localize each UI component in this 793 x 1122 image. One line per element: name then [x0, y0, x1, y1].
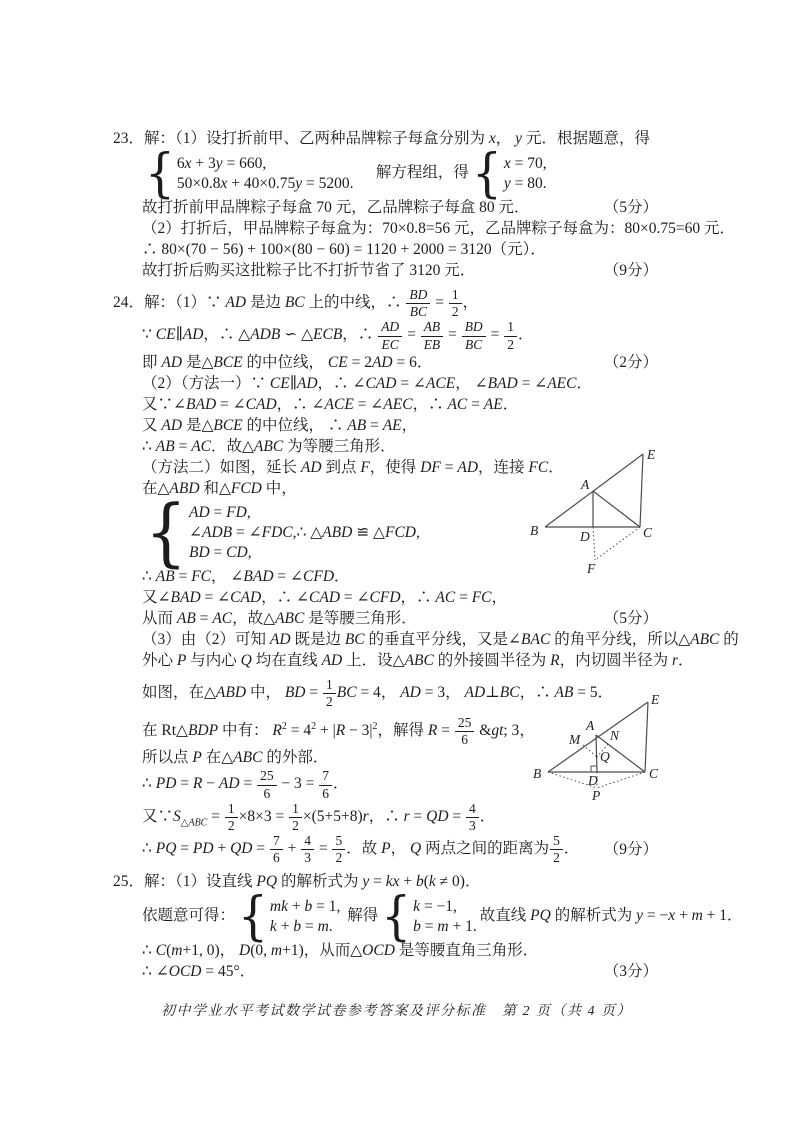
text-segment: ∽ △ [280, 327, 313, 344]
system-equation: ∠ADB = ∠FDC,∴ △ABD ≌ △FCD, [189, 523, 420, 543]
text-segment: ． [417, 354, 433, 371]
text-segment: 的中位线， ∴ [243, 417, 348, 434]
text-line: {6x + 3y = 660,50×0.8x + 40×0.75y = 5200… [113, 150, 658, 197]
math-segment: F [360, 459, 369, 476]
text-segment: ，∴ [369, 808, 404, 825]
math-segment: = [444, 327, 461, 344]
math-segment: AB = AE [347, 417, 401, 434]
text-segment: 从而 [142, 610, 177, 627]
text-segment: ，内切圆半径为 [560, 652, 672, 669]
figure-label: M [568, 732, 581, 747]
triangle-diagram-2: EAMNQBDCP [523, 688, 668, 806]
math-segment: BC [285, 294, 305, 311]
text-segment: （3）由（2）可知 [142, 631, 270, 648]
text-segment: ∴ [142, 963, 156, 980]
text-segment: ． [334, 568, 350, 585]
text-segment: 的外接圆半径为 [434, 652, 550, 669]
text-segment: 两点之间的距离为 [421, 840, 549, 857]
math-segment: 80×0.75=60 [625, 220, 701, 237]
fraction: 12 [503, 320, 518, 351]
text-segment: 均在直线 [252, 652, 322, 669]
math-segment: BC [345, 631, 365, 648]
math-segment: ∠BAD = ∠CAD [173, 396, 277, 413]
math-segment: Q [241, 652, 252, 669]
text-segment: 即 [142, 354, 161, 371]
fraction: 52 [331, 834, 346, 865]
text-segment: ∴ [142, 568, 156, 585]
math-segment: ABC [254, 438, 283, 455]
triangle-diagram-1: EABDCF [530, 445, 670, 580]
math-segment: ∠ACE = ∠AEC [312, 396, 413, 413]
text-segment: 在 Rt△ [142, 722, 188, 739]
math-segment: P [381, 840, 390, 857]
fraction: ADEC [377, 320, 403, 351]
text-line: 又∵S△ABC = 12×8×3 = 12×(5+5+8)r，∴ r = QD … [113, 802, 658, 833]
math-segment: ADB [250, 327, 280, 344]
text-segment: ． [480, 808, 496, 825]
math-segment: D(0, m+1) [239, 942, 304, 959]
text-segment: 元．根据题意，得 [522, 130, 650, 147]
text-segment: ．故 [346, 840, 381, 857]
text-segment: 的外部． [262, 749, 328, 766]
math-segment: AD [225, 294, 246, 311]
text-segment: 既是边 [291, 631, 345, 648]
text-line: ∴ ∠OCD = 45°．（3分） [113, 962, 658, 982]
math-segment: CE∥AD [270, 375, 318, 392]
exam-answer-page: 23．解：（1）设打折前甲、乙两种品牌粽子每盒分别为 x， y 元．根据题意，得… [0, 0, 793, 1122]
text-segment: 上的中线，∴ [305, 294, 406, 311]
math-segment: PD = R − AD = [156, 776, 256, 793]
text-segment: ． [564, 840, 580, 857]
math-segment: R [550, 652, 559, 669]
text-line: （3）由（2）可知 AD 既是边 BC 的垂直平分线，又是∠BAC 的角平分线，… [113, 630, 658, 650]
text-segment: ， [402, 417, 418, 434]
fraction: 256 [454, 716, 476, 747]
math-segment: BCE [213, 354, 242, 371]
score-badge: （9分） [604, 261, 658, 281]
figure-label: B [530, 523, 538, 538]
math-segment: AD [161, 354, 182, 371]
math-segment: y = −x + m + 1 [636, 907, 727, 924]
figure-dotted-edge [597, 772, 645, 788]
math-segment: AD [301, 459, 322, 476]
text-segment: （元）． [492, 241, 546, 258]
equation-system: {6x + 3y = 660,50×0.8x + 40×0.75y = 5200… [145, 150, 354, 197]
math-segment: ∠CAD = ∠ACE [352, 375, 455, 392]
math-segment: AD⊥BC [465, 684, 520, 701]
text-line: 23．解：（1）设打折前甲、乙两种品牌粽子每盒分别为 x， y 元．根据题意，得 [113, 129, 658, 149]
text-segment: 外心 [142, 652, 177, 669]
system-equation: mk + b = 1, [270, 897, 340, 917]
text-segment: （2）打折后，甲品牌粽子每盒为： [142, 220, 382, 237]
text-line: 又 AD 是△BCE 的中位线， ∴ AB = AE， [113, 416, 658, 436]
text-line: 24．解：（1）∵ AD 是边 BC 上的中线，∴ BDBC = 12， [113, 288, 658, 319]
fraction: BDBC [405, 288, 431, 319]
text-line: ∴ PQ = PD + QD = 76 + 43 = 52．故 P， Q 两点之… [113, 834, 658, 865]
math-segment: ×(5+5+8)r [303, 808, 369, 825]
fraction: 76 [269, 834, 284, 865]
fraction: 12 [448, 288, 463, 319]
math-segment: C(m+1, 0) [156, 942, 220, 959]
text-segment: 又 [142, 417, 161, 434]
text-segment: 的解析式为 [551, 907, 636, 924]
text-segment: 中有： [218, 722, 272, 739]
text-segment: 解得 [343, 907, 378, 924]
text-line: （2）打折后，甲品牌粽子每盒为：70×0.8=56 元，乙品牌粽子每盒为：80×… [113, 219, 658, 239]
fraction: 12 [224, 802, 239, 833]
text-segment: ∴ [142, 840, 156, 857]
left-brace: { [472, 147, 502, 200]
text-segment: 是△ [182, 417, 213, 434]
math-segment: y = kx + b(k ≠ 0) [362, 873, 465, 890]
score-badge: （5分） [604, 609, 658, 629]
text-segment: ． [465, 873, 481, 890]
text-segment: ∴ [142, 942, 156, 959]
math-segment: AD = 3 [400, 684, 445, 701]
text-segment: ． [727, 907, 743, 924]
math-segment: ∠BAD = ∠AEC [475, 375, 577, 392]
text-segment: 又 [142, 589, 158, 606]
fraction: 43 [465, 802, 480, 833]
text-segment: 在△ [202, 749, 233, 766]
text-line: 即 AD 是△BCE 的中位线， CE = 2AD = 6．（2分） [113, 353, 658, 373]
math-segment: OCD [362, 942, 395, 959]
figure-edge [640, 454, 643, 527]
math-segment: &gt; 3 [475, 722, 519, 739]
text-segment: ，∴ △ [203, 327, 250, 344]
text-line: 外心 P 与内心 Q 均在直线 AD 上．设△ABC 的外接圆半径为 R，内切圆… [113, 651, 658, 671]
figure-triangle-bcef: EABDCF [530, 445, 670, 580]
text-segment: ， [492, 589, 508, 606]
math-segment: = 4 [287, 722, 311, 739]
equation-system: {x = 70,y = 80. [472, 150, 547, 197]
math-segment: ∠BAD = ∠CFD [230, 568, 334, 585]
system-equation: AD = FD, [189, 503, 420, 523]
text-segment: ，连接 [478, 459, 528, 476]
text-segment: ． [503, 396, 519, 413]
math-segment: = [487, 327, 504, 344]
math-segment: ∠CAD = ∠CFD [296, 589, 400, 606]
text-segment: ， [391, 840, 410, 857]
fraction: 76 [318, 769, 333, 800]
text-line: ∵ CE∥AD，∴ △ADB ∽ △ECB，∴ ADEC = ABEB = BD… [113, 320, 658, 351]
text-segment: 的角平分线，所以△ [550, 631, 690, 648]
text-segment: ，∴ [277, 396, 312, 413]
math-segment: ×8×3 = [239, 808, 288, 825]
math-segment: P [177, 652, 186, 669]
figure-label: A [585, 718, 595, 733]
text-segment: ， [455, 375, 474, 392]
text-segment: ∵ [142, 327, 156, 344]
text-segment: 故打折前甲品牌粽子每盒 70 元，乙品牌粽子每盒 80 元． [142, 199, 530, 216]
text-segment: 的解析式为 [277, 873, 362, 890]
math-segment: AB = FC [156, 568, 211, 585]
figure-label: F [586, 561, 596, 576]
text-segment: ，∴ [318, 375, 353, 392]
text-segment: ． [577, 375, 593, 392]
math-segment: P [192, 749, 201, 766]
right-angle-mark [591, 766, 597, 772]
text-line: ∴ C(m+1, 0)， D(0, m+1)，从而△OCD 是等腰直角三角形． [113, 941, 658, 961]
system-equation: k = −1, [413, 897, 477, 917]
text-segment: ， [211, 568, 230, 585]
left-brace: { [145, 496, 187, 570]
math-segment: Q [410, 840, 421, 857]
math-segment: BD = [285, 684, 322, 701]
fraction: 12 [322, 678, 337, 709]
math-segment: CE = 2AD = 6 [328, 354, 417, 371]
text-segment: 为等腰三角形． [283, 438, 395, 455]
text-segment: 是等腰直角三角形． [395, 942, 538, 959]
math-segment: R = [428, 722, 454, 739]
text-line: 故打折后购买这批粽子比不打折节省了 3120 元．（9分） [113, 261, 658, 281]
math-segment: AD [322, 652, 343, 669]
text-segment: 又∵ [142, 396, 173, 413]
equation-system: {AD = FD,∠ADB = ∠FDC,∴ △ABD ≌ △FCD,BD = … [145, 500, 420, 566]
math-segment: 70×0.8=56 [382, 220, 450, 237]
math-segment: ∴ 80×(70 − 56) + 100×(80 − 60) = 1120 + … [142, 241, 492, 258]
text-segment: 的垂直平分线，又是 [365, 631, 508, 648]
figure-label: E [646, 447, 656, 462]
math-segment: ∠BAC [508, 631, 550, 648]
math-segment: AD [161, 417, 182, 434]
math-segment: − 3 = [278, 776, 319, 793]
system-equation: k + b = m. [270, 917, 340, 937]
figure-dotted-edge [583, 745, 597, 757]
math-segment: DF = AD [420, 459, 478, 476]
fraction: 52 [549, 834, 564, 865]
text-segment: 是△ [182, 354, 213, 371]
text-segment: 是边 [246, 294, 285, 311]
math-segment: ABC [233, 749, 262, 766]
math-segment: ∠BAD = ∠CAD [158, 589, 262, 606]
math-segment: FCD [231, 480, 262, 497]
text-segment: ．故△ [211, 438, 254, 455]
math-segment: = [315, 840, 332, 857]
math-segment: BDP [188, 722, 218, 739]
text-segment: ，∴ [413, 396, 448, 413]
fraction: ABEB [420, 320, 445, 351]
left-brace: { [238, 891, 268, 944]
text-segment: ，∴ [261, 589, 296, 606]
text-segment: 24．解：（1）∵ [113, 294, 225, 311]
text-segment: ，∴ [401, 589, 436, 606]
score-badge: （9分） [604, 840, 658, 860]
figure-label: D [579, 529, 590, 544]
figure-edge [545, 454, 643, 527]
math-segment: = [431, 294, 448, 311]
text-segment: ， [445, 684, 464, 701]
text-line: 依题意可得：{mk + b = 1,k + b = m. 解得{k = −1,b… [113, 893, 658, 940]
figure-label: P [591, 788, 600, 803]
math-segment: BC = 4 [337, 684, 381, 701]
text-segment: ，∴ [342, 327, 377, 344]
text-segment: 故直线 [480, 907, 530, 924]
left-brace: { [145, 147, 175, 200]
page-footer: 初中学业水平考试数学试卷参考答案及评分标准 第 2 页（共 4 页） [0, 1000, 793, 1020]
text-segment: ∴ [142, 438, 156, 455]
text-line: ∴ 80×(70 − 56) + 100×(80 − 60) = 1120 + … [113, 240, 658, 260]
figure-label: B [533, 766, 541, 781]
text-segment: 的中位线， [243, 354, 328, 371]
math-segment: ABC [275, 610, 304, 627]
text-segment: 解方程组，得 [357, 164, 469, 181]
figure-label: A [580, 477, 590, 492]
math-segment: + |R − 3| [316, 722, 372, 739]
math-segment: AB = AC [156, 438, 211, 455]
math-segment: PQ = PD + QD = [156, 840, 269, 857]
math-segment: = [207, 808, 224, 825]
subscript: △ABC [181, 817, 208, 828]
math-segment: ABC [690, 631, 719, 648]
text-segment: 又∵ [142, 808, 173, 825]
text-segment: 中， [262, 480, 297, 497]
text-segment: 上．设△ [342, 652, 404, 669]
text-segment: ． [333, 776, 349, 793]
text-segment: ，使得 [370, 459, 420, 476]
text-segment: ． [240, 963, 256, 980]
math-segment: R [272, 722, 281, 739]
text-segment: 元． [700, 220, 735, 237]
text-segment: ． [518, 327, 534, 344]
system-equation: y = 80. [504, 174, 547, 194]
text-segment: ， [463, 294, 479, 311]
system-equation: x = 70, [504, 154, 547, 174]
equation-system: {k = −1,b = m + 1. [381, 893, 476, 940]
text-segment: ， [220, 942, 239, 959]
math-segment: ∠OCD = 45° [156, 963, 240, 980]
math-segment: + [284, 840, 301, 857]
figure-dotted-edge [595, 527, 640, 560]
text-segment: ∴ [142, 776, 156, 793]
math-segment: AC = AE [447, 396, 502, 413]
text-segment: 如图，在△ [142, 684, 216, 701]
text-line: （2）（方法一）∵ CE∥AD，∴ ∠CAD = ∠ACE， ∠BAD = ∠A… [113, 374, 658, 394]
score-badge: （5分） [604, 198, 658, 218]
math-segment: PQ [530, 907, 551, 924]
figure-label: E [650, 692, 660, 707]
math-segment: ECB [313, 327, 342, 344]
text-segment: 中， [246, 684, 285, 701]
text-segment: 元，乙品牌粽子每盒为： [450, 220, 624, 237]
text-segment: 到点 [322, 459, 361, 476]
fraction: BDBC [461, 320, 487, 351]
score-badge: （3分） [604, 962, 658, 982]
figure-label: C [649, 766, 659, 781]
math-segment: CE∥AD [156, 327, 204, 344]
math-segment: r = QD = [404, 808, 465, 825]
math-segment: AD [270, 631, 291, 648]
figure-dotted-edge [593, 527, 595, 560]
system-equation: BD = CD, [189, 543, 420, 563]
figure-label: Q [600, 749, 610, 764]
math-segment: AC = FC [435, 589, 491, 606]
text-segment: 与内心 [186, 652, 240, 669]
text-segment: 所以点 [142, 749, 192, 766]
system-equation: b = m + 1. [413, 917, 477, 937]
figure-edge [593, 491, 640, 527]
system-equation: 50×0.8x + 40×0.75y = 5200. [177, 174, 354, 194]
figure-label: N [609, 728, 620, 743]
fraction: 12 [288, 802, 303, 833]
text-segment: （2）（方法一）∵ [142, 375, 270, 392]
text-segment: ， [381, 684, 400, 701]
math-segment: BCE [213, 417, 242, 434]
fraction: 43 [300, 834, 315, 865]
text-segment: ，解得 [378, 722, 428, 739]
math-segment: ABD [216, 684, 246, 701]
system-equation: 6x + 3y = 660, [177, 154, 354, 174]
math-segment: S [173, 808, 181, 825]
math-segment: AB = AC [177, 610, 232, 627]
math-segment: ABC [405, 652, 434, 669]
figure-triangle-incenter-circumcenter: EAMNQBDCP [523, 688, 668, 806]
text-segment: ，故△ [232, 610, 275, 627]
math-segment: = [403, 327, 420, 344]
figure-label: D [587, 773, 598, 788]
text-line: 故打折前甲品牌粽子每盒 70 元，乙品牌粽子每盒 80 元．（5分） [113, 198, 658, 218]
score-badge: （2分） [604, 353, 658, 373]
text-segment: ． [678, 652, 694, 669]
text-segment: 依题意可得： [142, 907, 235, 924]
text-segment: 的 [719, 631, 738, 648]
text-line: 又∠BAD = ∠CAD，∴ ∠CAD = ∠CFD，∴ AC = FC， [113, 588, 658, 608]
text-segment: 故打折后购买这批粽子比不打折节省了 3120 元． [142, 262, 475, 279]
left-brace: { [381, 891, 411, 944]
text-line: 从而 AB = AC，故△ABC 是等腰三角形．（5分） [113, 609, 658, 629]
fraction: 256 [256, 769, 278, 800]
text-segment: （方法二）如图，延长 [142, 459, 301, 476]
text-segment: 和△ [200, 480, 231, 497]
equation-system: {mk + b = 1,k + b = m. [238, 893, 340, 940]
text-line: 又∵∠BAD = ∠CAD，∴ ∠ACE = ∠AEC，∴ AC = AE． [113, 395, 658, 415]
figure-edge [645, 702, 648, 772]
text-segment: 25．解：（1）设直线 [113, 873, 256, 890]
text-segment: 是等腰三角形． [304, 610, 416, 627]
figure-label: C [643, 525, 653, 540]
text-segment: ，从而△ [304, 942, 362, 959]
